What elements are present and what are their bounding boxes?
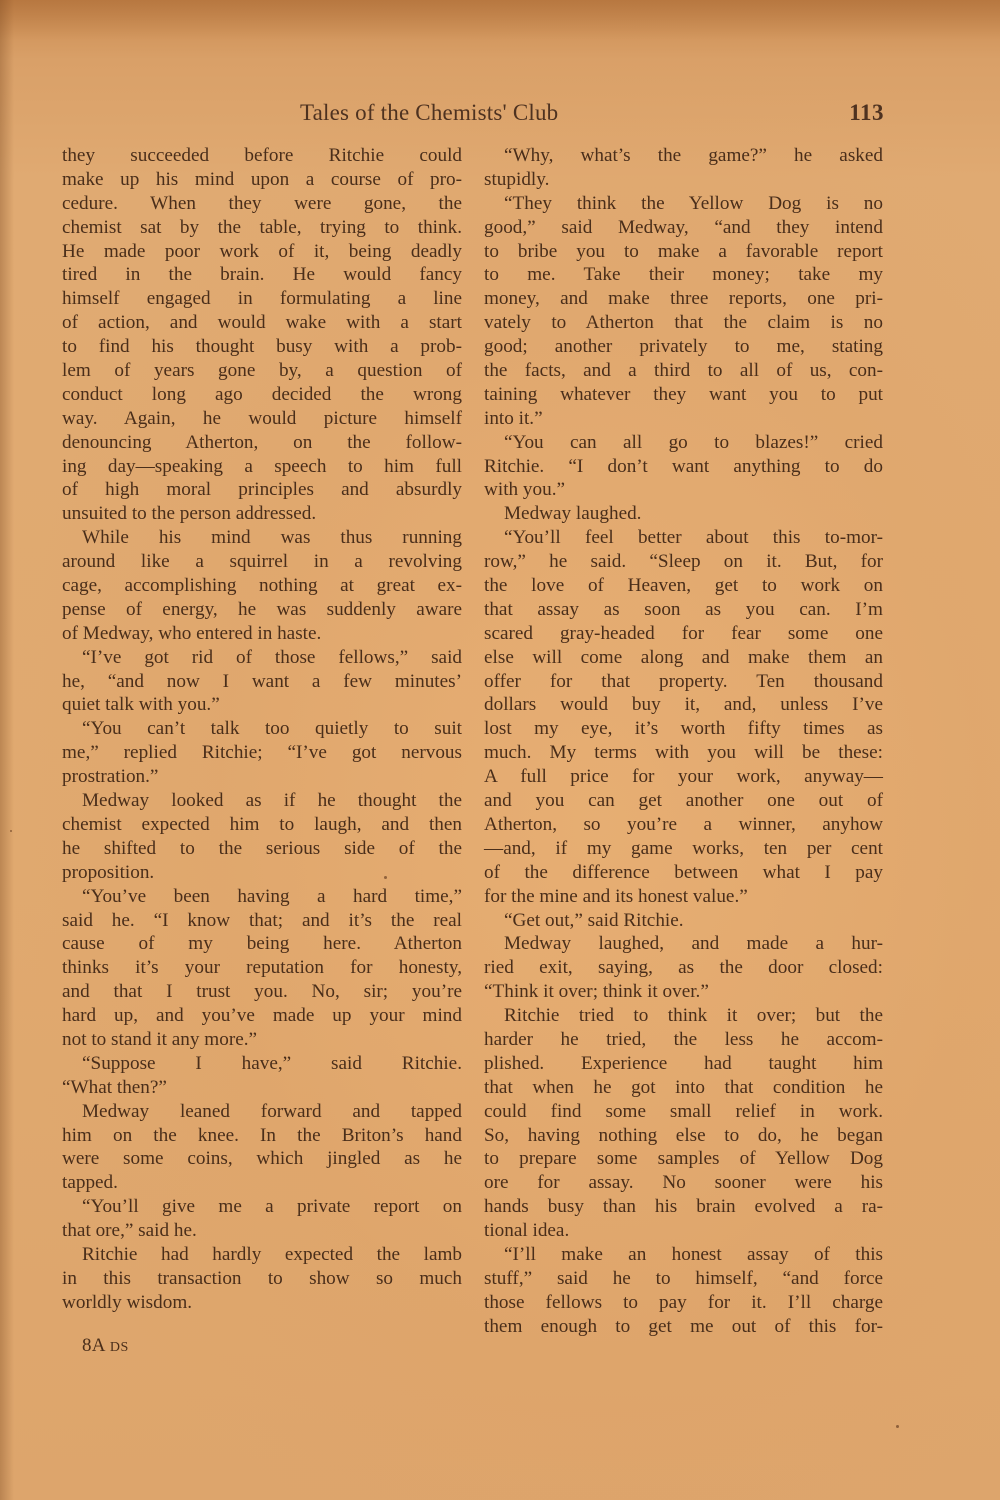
- text-line: Medway looked as if he thought the: [62, 789, 462, 813]
- text-line: much. My terms with you will be these:: [484, 741, 883, 765]
- text-line: ore for assay. No sooner were his: [484, 1171, 883, 1195]
- text-line: “Think it over; think it over.”: [484, 980, 883, 1004]
- text-line: “Why, what’s the game?” he asked: [484, 144, 883, 168]
- text-line: them enough to get me out of this for-: [484, 1315, 883, 1339]
- running-head-title: Tales of the Chemists' Club: [300, 100, 558, 126]
- text-line: with you.”: [484, 478, 883, 502]
- text-line: pense of energy, he was suddenly aware: [62, 598, 462, 622]
- text-line: “What then?”: [62, 1076, 462, 1100]
- text-line: Medway laughed.: [484, 502, 883, 526]
- text-line: “You can’t talk too quietly to suit: [62, 717, 462, 741]
- text-line: they succeeded before Ritchie could: [62, 144, 462, 168]
- printer-signature-mark: 8A DS: [82, 1335, 129, 1357]
- text-line: Ritchie. “I don’t want anything to do: [484, 455, 883, 479]
- right-text-column: “Why, what’s the game?” he askedstupidly…: [484, 144, 883, 1339]
- text-line: thinks it’s your reputation for honesty,: [62, 956, 462, 980]
- text-line: in this transaction to show so much: [62, 1267, 462, 1291]
- text-line: him on the knee. In the Briton’s hand: [62, 1124, 462, 1148]
- text-line: tired in the brain. He would fancy: [62, 263, 462, 287]
- text-line: cage, accomplishing nothing at great ex-: [62, 574, 462, 598]
- text-line: he shifted to the serious side of the: [62, 837, 462, 861]
- text-line: for the mine and its honest value.”: [484, 885, 883, 909]
- text-line: way. Again, he would picture himself: [62, 407, 462, 431]
- text-line: “They think the Yellow Dog is no: [484, 192, 883, 216]
- text-line: those fellows to pay for it. I’ll charge: [484, 1291, 883, 1315]
- text-line: of the difference between what I pay: [484, 861, 883, 885]
- text-line: “You’ll give me a private report on: [62, 1195, 462, 1219]
- page-shadow-top: [0, 0, 1000, 40]
- text-line: Atherton, so you’re a winner, anyhow: [484, 813, 883, 837]
- text-line: lost my eye, it’s worth fifty times as: [484, 717, 883, 741]
- text-line: “I’ve got rid of those fellows,” said: [62, 646, 462, 670]
- running-head: Tales of the Chemists' Club 113: [300, 98, 884, 130]
- text-line: tapped.: [62, 1171, 462, 1195]
- paper-speck: [10, 830, 12, 832]
- signature-small-caps: DS: [110, 1340, 129, 1355]
- text-line: to find his thought busy with a prob-: [62, 335, 462, 359]
- text-line: could find some small relief in work.: [484, 1100, 883, 1124]
- text-line: he, “and now I want a few minutes’: [62, 670, 462, 694]
- text-line: himself engaged in formulating a line: [62, 287, 462, 311]
- text-line: proposition.: [62, 861, 462, 885]
- text-line: said he. “I know that; and it’s the real: [62, 909, 462, 933]
- text-line: dollars would buy it, and, unless I’ve: [484, 693, 883, 717]
- text-line: the facts, and a third to all of us, con…: [484, 359, 883, 383]
- text-line: to prepare some samples of Yellow Dog: [484, 1147, 883, 1171]
- text-line: A full price for your work, anyway—: [484, 765, 883, 789]
- text-line: prostration.”: [62, 765, 462, 789]
- text-line: tional idea.: [484, 1219, 883, 1243]
- text-line: Medway leaned forward and tapped: [62, 1100, 462, 1124]
- text-line: “I’ll make an honest assay of this: [484, 1243, 883, 1267]
- page-number: 113: [849, 100, 884, 126]
- text-line: good,” said Medway, “and they intend: [484, 216, 883, 240]
- text-line: “You’ve been having a hard time,”: [62, 885, 462, 909]
- signature-main: 8A: [82, 1335, 105, 1356]
- text-line: lem of years gone by, a question of: [62, 359, 462, 383]
- text-line: to bribe you to make a favorable report: [484, 240, 883, 264]
- text-line: the love of Heaven, get to work on: [484, 574, 883, 598]
- text-line: worldly wisdom.: [62, 1291, 462, 1315]
- text-line: and you can get another one out of: [484, 789, 883, 813]
- text-line: of Medway, who entered in haste.: [62, 622, 462, 646]
- text-line: Ritchie had hardly expected the lamb: [62, 1243, 462, 1267]
- text-line: harder he tried, the less he accom-: [484, 1028, 883, 1052]
- text-line: denouncing Atherton, on the follow-: [62, 431, 462, 455]
- text-line: conduct long ago decided the wrong: [62, 383, 462, 407]
- paper-speck: [384, 876, 387, 879]
- text-line: “Suppose I have,” said Ritchie.: [62, 1052, 462, 1076]
- text-line: of high moral principles and absurdly: [62, 478, 462, 502]
- text-line: chemist expected him to laugh, and then: [62, 813, 462, 837]
- text-line: While his mind was thus running: [62, 526, 462, 550]
- text-line: quiet talk with you.”: [62, 693, 462, 717]
- text-line: taining whatever they want you to put: [484, 383, 883, 407]
- text-line: cause of my being here. Atherton: [62, 932, 462, 956]
- text-line: stupidly.: [484, 168, 883, 192]
- text-line: He made poor work of it, being deadly: [62, 240, 462, 264]
- text-line: —and, if my game works, ten per cent: [484, 837, 883, 861]
- text-line: to me. Take their money; take my: [484, 263, 883, 287]
- text-line: ing day—speaking a speech to him full: [62, 455, 462, 479]
- text-line: chemist sat by the table, trying to thin…: [62, 216, 462, 240]
- text-line: that assay as soon as you can. I’m: [484, 598, 883, 622]
- text-line: So, having nothing else to do, he began: [484, 1124, 883, 1148]
- page-shadow-left: [0, 0, 14, 1500]
- text-line: vately to Atherton that the claim is no: [484, 311, 883, 335]
- text-line: plished. Experience had taught him: [484, 1052, 883, 1076]
- text-line: Ritchie tried to think it over; but the: [484, 1004, 883, 1028]
- text-line: offer for that property. Ten thousand: [484, 670, 883, 694]
- text-line: around like a squirrel in a revolving: [62, 550, 462, 574]
- text-line: money, and make three reports, one pri-: [484, 287, 883, 311]
- text-line: hands busy than his brain evolved a ra-: [484, 1195, 883, 1219]
- text-line: Medway laughed, and made a hur-: [484, 932, 883, 956]
- text-line: and that I trust you. No, sir; you’re: [62, 980, 462, 1004]
- paper-speck: [896, 1425, 899, 1428]
- text-line: of action, and would wake with a start: [62, 311, 462, 335]
- text-line: row,” he said. “Sleep on it. But, for: [484, 550, 883, 574]
- text-line: “You’ll feel better about this to-mor-: [484, 526, 883, 550]
- text-line: unsuited to the person addressed.: [62, 502, 462, 526]
- text-line: stuff,” said he to himself, “and force: [484, 1267, 883, 1291]
- text-line: were some coins, which jingled as he: [62, 1147, 462, 1171]
- text-line: “Get out,” said Ritchie.: [484, 909, 883, 933]
- text-line: hard up, and you’ve made up your mind: [62, 1004, 462, 1028]
- text-line: scared gray-headed for fear some one: [484, 622, 883, 646]
- text-line: into it.”: [484, 407, 883, 431]
- left-text-column: they succeeded before Ritchie couldmake …: [62, 144, 462, 1315]
- text-line: good; another privately to me, stating: [484, 335, 883, 359]
- text-line: that when he got into that condition he: [484, 1076, 883, 1100]
- text-line: me,” replied Ritchie; “I’ve got nervous: [62, 741, 462, 765]
- text-line: not to stand it any more.”: [62, 1028, 462, 1052]
- text-line: ried exit, saying, as the door closed:: [484, 956, 883, 980]
- text-line: “You can all go to blazes!” cried: [484, 431, 883, 455]
- text-line: that ore,” said he.: [62, 1219, 462, 1243]
- text-line: else will come along and make them an: [484, 646, 883, 670]
- text-line: make up his mind upon a course of pro-: [62, 168, 462, 192]
- text-line: cedure. When they were gone, the: [62, 192, 462, 216]
